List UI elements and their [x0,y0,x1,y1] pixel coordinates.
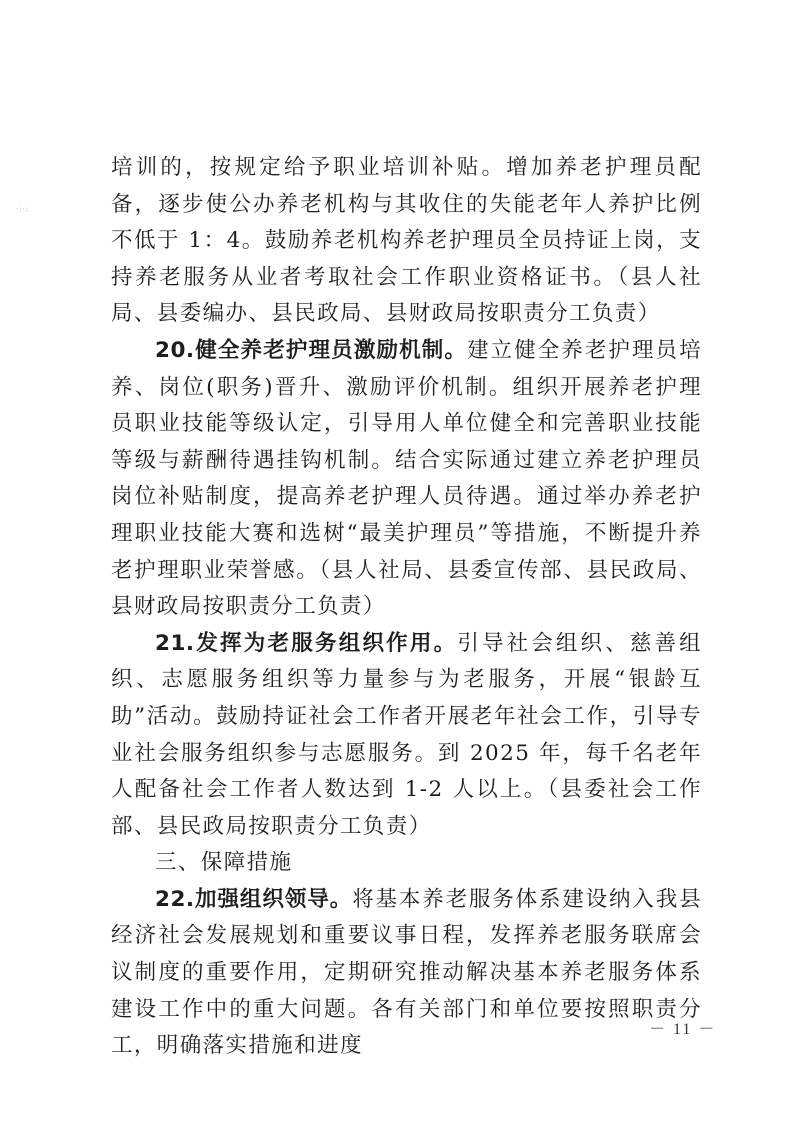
item-22-title: 22.加强组织领导。 [155,887,352,912]
item-20-paragraph: 20.健全养老护理员激励机制。建立健全养老护理员培养、岗位(职务)晋升、激励评价… [111,333,702,626]
page-number: － 11 － [649,1016,716,1039]
item-21-text: 引导社会组织、慈善组织、志愿服务组织等力量参与为老服务，开展“银龄互助”活动。鼓… [111,631,702,839]
item-21-title: 21.发挥为老服务组织作用。 [155,631,457,656]
item-22-paragraph: 22.加强组织领导。将基本养老服务体系建设纳入我县经济社会发展规划和重要议事日程… [111,882,702,1065]
item-22-text: 将基本养老服务体系建设纳入我县经济社会发展规划和重要议事日程，发挥养老服务联席会… [111,887,702,1058]
item-20-title: 20.健全养老护理员激励机制。 [155,338,467,363]
document-page: ·:·; 培训的，按规定给予职业培训补贴。增加养老护理员配备，逐步使公办养老机构… [0,0,793,1121]
section-heading: 三、保障措施 [111,845,702,882]
scan-artifact: ·:·; [16,205,29,213]
document-body: 培训的，按规定给予职业培训补贴。增加养老护理员配备，逐步使公办养老机构与其收住的… [111,150,702,1065]
item-20-text: 建立健全养老护理员培养、岗位(职务)晋升、激励评价机制。组织开展养老护理员职业技… [111,338,702,619]
continuation-paragraph: 培训的，按规定给予职业培训补贴。增加养老护理员配备，逐步使公办养老机构与其收住的… [111,150,702,333]
item-21-paragraph: 21.发挥为老服务组织作用。引导社会组织、慈善组织、志愿服务组织等力量参与为老服… [111,626,702,846]
